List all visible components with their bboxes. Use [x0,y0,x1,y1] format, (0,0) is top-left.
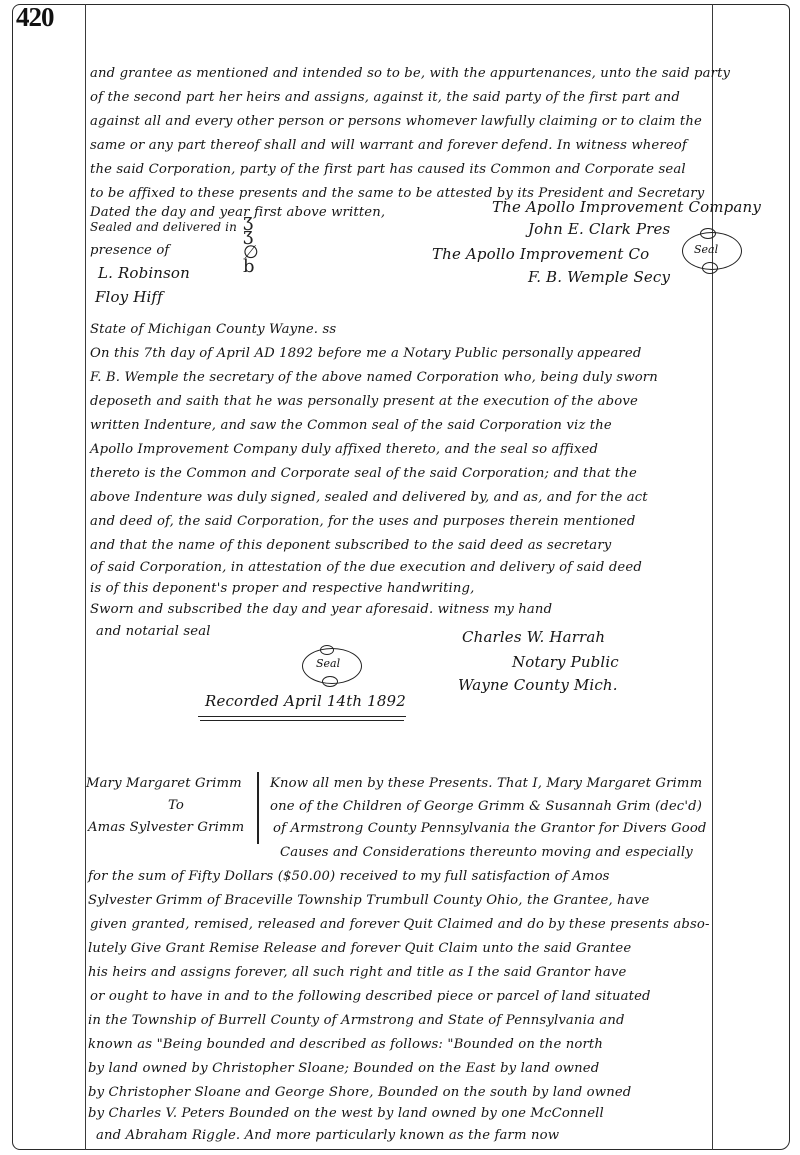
text-line: by Charles V. Peters Bounded on the west… [88,1106,604,1121]
text-line: Sworn and subscribed the day and year af… [90,602,552,617]
text-line: Sylvester Grimm of Braceville Township T… [88,893,649,908]
text-line: deposeth and saith that he was personall… [90,394,638,409]
text-line: is of this deponent's proper and respect… [90,581,475,596]
left-margin-line [85,4,86,1150]
seal-label: Seal [694,243,718,256]
president-signature: John E. Clark Pres [528,220,670,238]
text-line: or ought to have in and to the following… [90,989,651,1004]
text-line: above Indenture was duly signed, sealed … [90,490,648,505]
notary-title: Notary Public [512,653,619,671]
seal-loop-icon [700,228,716,239]
text-line: of said Corporation, in attestation of t… [90,560,642,575]
witness-presence: presence of [90,243,169,258]
text-line: of Armstrong County Pennsylvania the Gra… [273,821,707,836]
text-line: same or any part thereof shall and will … [90,138,687,153]
recorded-underline [198,716,406,717]
recorded-underline [200,720,404,721]
secretary-signature: F. B. Wemple Secy [528,268,670,286]
text-line: one of the Children of George Grimm & Su… [270,799,702,814]
text-line: the said Corporation, party of the first… [90,162,686,177]
text-line: and notarial seal [96,624,211,639]
text-line: Know all men by these Presents. That I, … [270,776,702,791]
witness-name: Floy Hiff [95,288,163,306]
text-line: Dated the day and year first above writt… [90,205,385,220]
seal-loop-icon [320,645,334,655]
to-label: To [168,798,184,813]
text-line: by land owned by Christopher Sloane; Bou… [88,1061,599,1076]
venue: State of Michigan County Wayne. ss [90,322,336,337]
text-line: given granted, remised, released and for… [90,917,710,932]
page-number: 420 [16,2,54,33]
witness-intro: Sealed and delivered in [90,220,237,234]
text-line: lutely Give Grant Remise Release and for… [88,941,631,956]
text-line: F. B. Wemple the secretary of the above … [90,370,658,385]
grantor-name: Mary Margaret Grimm [86,776,242,791]
right-margin-line [712,4,713,1150]
text-line: written Indenture, and saw the Common se… [90,418,612,433]
text-line: in the Township of Burrell County of Arm… [88,1013,625,1028]
text-line: Causes and Considerations thereunto movi… [280,845,693,860]
index-divider [257,772,259,844]
company-name: The Apollo Improvement Company [492,198,761,216]
notary-location: Wayne County Mich. [458,676,618,694]
witness-name: L. Robinson [98,264,190,282]
text-line: of the second part her heirs and assigns… [90,90,680,105]
text-line: his heirs and assigns forever, all such … [88,965,627,980]
seal-loop-icon [322,676,338,687]
text-line: known as "Being bounded and described as… [88,1037,603,1052]
text-line: On this 7th day of April AD 1892 before … [90,346,641,361]
text-line: Apollo Improvement Company duly affixed … [90,442,598,457]
text-line: for the sum of Fifty Dollars ($50.00) re… [88,869,610,884]
text-line: by Christopher Sloane and George Shore, … [88,1085,631,1100]
text-line: against all and every other person or pe… [90,114,702,129]
text-line: and Abraham Riggle. And more particularl… [96,1128,559,1143]
seal-label: Seal [316,657,340,670]
seal-loop-icon [702,262,718,274]
text-line: and grantee as mentioned and intended so… [90,66,730,81]
text-line: and deed of, the said Corporation, for t… [90,514,635,529]
grantee-name: Amas Sylvester Grimm [88,820,244,835]
text-line: and that the name of this deponent subsc… [90,538,611,553]
recorded-date: Recorded April 14th 1892 [205,692,406,710]
text-line: thereto is the Common and Corporate seal… [90,466,637,481]
scroll-bracket-icon: ƷƷ∅b [243,218,259,274]
company-name-2: The Apollo Improvement Co [432,245,649,263]
notary-name: Charles W. Harrah [462,628,605,646]
